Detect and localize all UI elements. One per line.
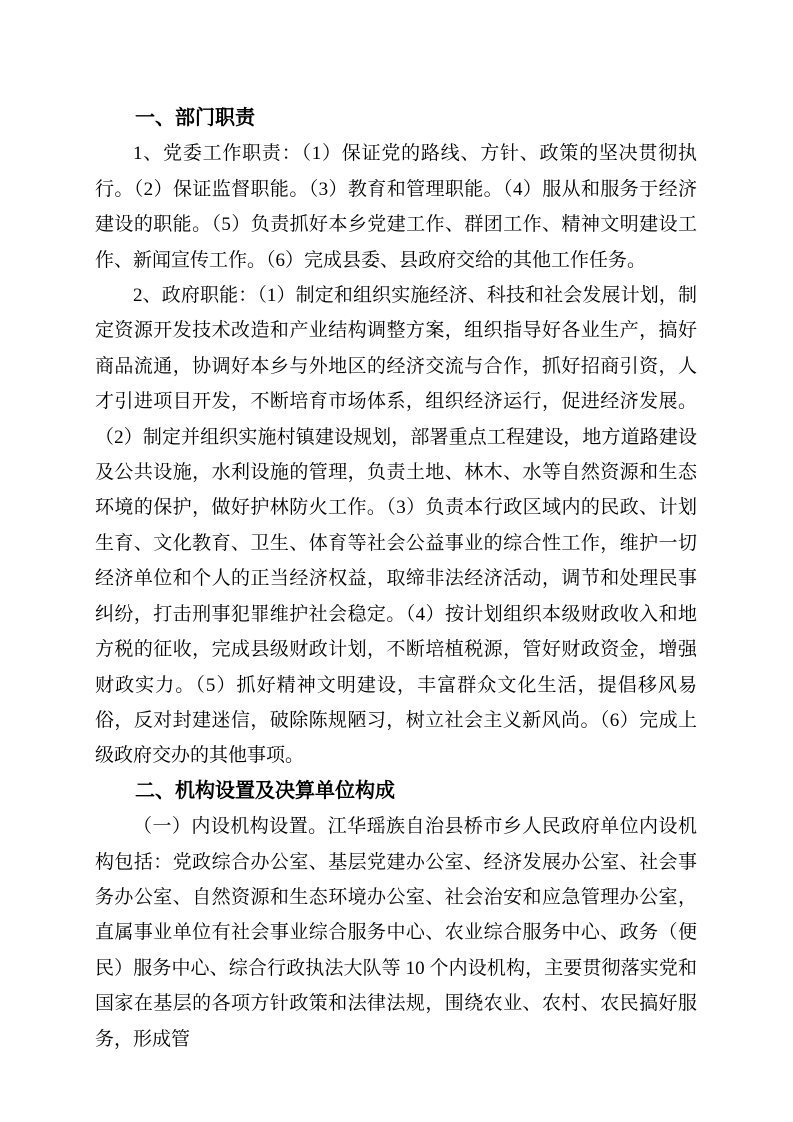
paragraph-government-functions: 2、政府职能：（1）制定和组织实施经济、科技和社会发展计划，制定资源开发技术改造…	[95, 278, 697, 774]
section-heading-department-duties: 一、部门职责	[95, 101, 697, 136]
document-page: 一、部门职责 1、党委工作职责：（1）保证党的路线、方针、政策的坚决贯彻执行。（…	[0, 0, 793, 1122]
section-heading-org-structure: 二、机构设置及决算单位构成	[95, 774, 697, 809]
paragraph-internal-org-setup: （一）内设机构设置。江华瑶族自治县桥市乡人民政府单位内设机构包括：党政综合办公室…	[95, 809, 697, 1057]
paragraph-party-committee-duties: 1、党委工作职责：（1）保证党的路线、方针、政策的坚决贯彻执行。（2）保证监督职…	[95, 136, 697, 278]
